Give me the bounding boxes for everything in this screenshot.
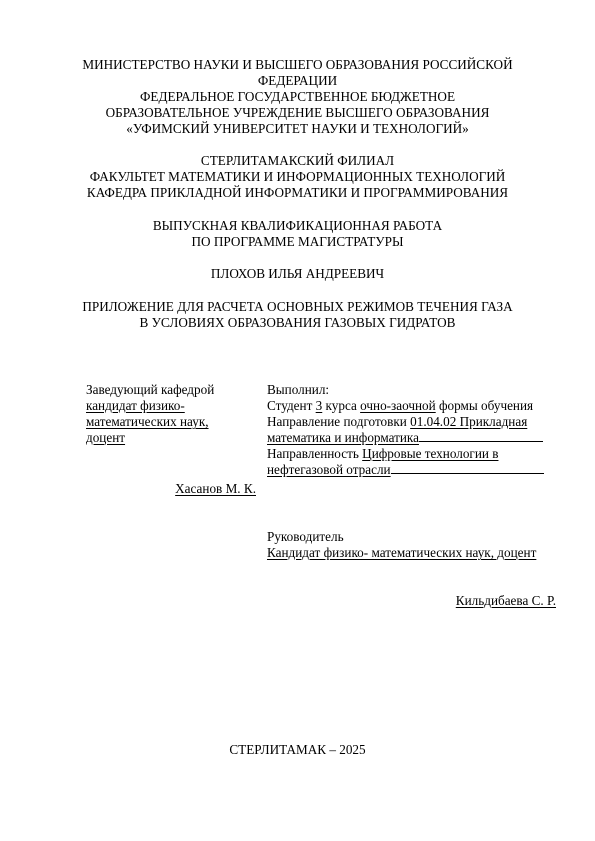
ministry-header: МИНИСТЕРСТВО НАУКИ И ВЫСШЕГО ОБРАЗОВАНИЯ… — [0, 57, 595, 137]
focus-line: Направленность Цифровые технологии в — [267, 446, 544, 462]
head-of-department-block: Заведующий кафедрой кандидат физико- мат… — [86, 382, 261, 446]
branch-header: СТЕРЛИТАМАКСКИЙ ФИЛИАЛ ФАКУЛЬТЕТ МАТЕМАТ… — [0, 153, 595, 201]
supervisor-label: Руководитель — [267, 529, 536, 545]
work-type-line: ПО ПРОГРАММЕ МАГИСТРАТУРЫ — [0, 234, 595, 250]
ministry-line: ФЕДЕРАЦИИ — [0, 73, 595, 89]
head-signature: Хасанов М. К. — [86, 481, 256, 497]
ministry-line: ОБРАЗОВАТЕЛЬНОЕ УЧРЕЖДЕНИЕ ВЫСШЕГО ОБРАЗ… — [0, 105, 595, 121]
faculty-line: ФАКУЛЬТЕТ МАТЕМАТИКИ И ИНФОРМАЦИОННЫХ ТЕ… — [0, 169, 595, 185]
work-type: ВЫПУСКНАЯ КВАЛИФИКАЦИОННАЯ РАБОТА ПО ПРО… — [0, 218, 595, 250]
author-line: ПЛОХОВ ИЛЬЯ АНДРЕЕВИЧ — [0, 266, 595, 282]
city-year: СТЕРЛИТАМАК – 2025 — [0, 742, 595, 758]
head-name: Хасанов М. К. — [175, 481, 256, 496]
supervisor-signature: Кильдибаева С. Р. — [380, 593, 556, 609]
head-degree-line: математических наук, — [86, 414, 209, 429]
ministry-line: ФЕДЕРАЛЬНОЕ ГОСУДАРСТВЕННОЕ БЮДЖЕТНОЕ — [0, 89, 595, 105]
head-degree-line: доцент — [86, 430, 125, 445]
direction-value: математика и информатика — [267, 430, 419, 445]
student-line: Студент 3 курса очно-заочной формы обуче… — [267, 398, 544, 414]
department-line: КАФЕДРА ПРИКЛАДНОЙ ИНФОРМАТИКИ И ПРОГРАМ… — [0, 185, 595, 201]
footer: СТЕРЛИТАМАК – 2025 — [0, 742, 595, 758]
course-number: 3 — [316, 398, 323, 413]
focus-value: нефтегазовой отрасли — [267, 462, 391, 477]
work-title: ПРИЛОЖЕНИЕ ДЛЯ РАСЧЕТА ОСНОВНЫХ РЕЖИМОВ … — [0, 299, 595, 331]
performer-label: Выполнил: — [267, 382, 544, 398]
fill-line — [419, 430, 543, 442]
fill-line — [391, 462, 544, 474]
supervisor-name: Кильдибаева С. Р. — [456, 593, 556, 608]
title-line: В УСЛОВИЯХ ОБРАЗОВАНИЯ ГАЗОВЫХ ГИДРАТОВ — [0, 315, 595, 331]
ministry-line: МИНИСТЕРСТВО НАУКИ И ВЫСШЕГО ОБРАЗОВАНИЯ… — [0, 57, 595, 73]
supervisor-degree: Кандидат физико- математических наук, до… — [267, 545, 536, 560]
head-label: Заведующий кафедрой — [86, 382, 261, 398]
work-type-line: ВЫПУСКНАЯ КВАЛИФИКАЦИОННАЯ РАБОТА — [0, 218, 595, 234]
head-degree-line: кандидат физико- — [86, 398, 185, 413]
branch-line: СТЕРЛИТАМАКСКИЙ ФИЛИАЛ — [0, 153, 595, 169]
supervisor-block: Руководитель Кандидат физико- математиче… — [267, 529, 536, 561]
direction-value: 01.04.02 Прикладная — [410, 414, 527, 429]
study-form: очно-заочной — [360, 398, 436, 413]
direction-line-2: математика и информатика — [267, 430, 544, 446]
title-line: ПРИЛОЖЕНИЕ ДЛЯ РАСЧЕТА ОСНОВНЫХ РЕЖИМОВ … — [0, 299, 595, 315]
performer-block: Выполнил: Студент 3 курса очно-заочной ф… — [267, 382, 544, 478]
focus-line-2: нефтегазовой отрасли — [267, 462, 544, 478]
ministry-line: «УФИМСКИЙ УНИВЕРСИТЕТ НАУКИ И ТЕХНОЛОГИЙ… — [0, 121, 595, 137]
direction-line: Направление подготовки 01.04.02 Прикладн… — [267, 414, 544, 430]
focus-value: Цифровые технологии в — [362, 446, 498, 461]
author-name: ПЛОХОВ ИЛЬЯ АНДРЕЕВИЧ — [0, 266, 595, 282]
